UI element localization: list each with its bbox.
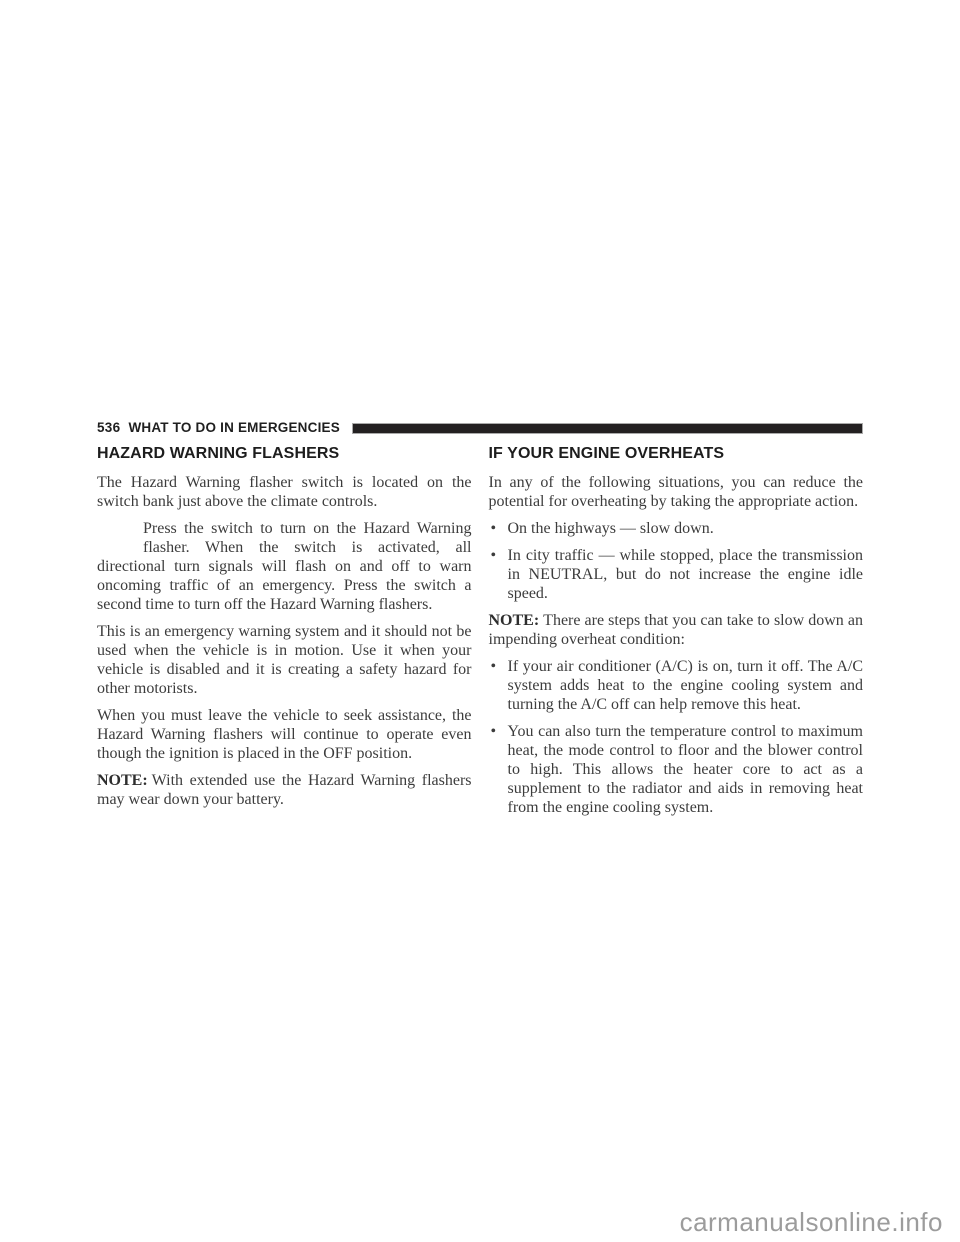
list-item-text: On the highways — slow down. — [508, 520, 714, 537]
watermark: carmanualsonline.info — [680, 1207, 943, 1237]
paragraph-flasher-location: The Hazard Warning flasher switch is loc… — [97, 473, 472, 511]
paragraph-leave-vehicle: When you must leave the vehicle to seek … — [97, 706, 472, 763]
left-column: HAZARD WARNING FLASHERS The Hazard Warni… — [97, 444, 472, 825]
note-text: There are steps that you can take to slo… — [489, 612, 864, 648]
bullet-icon: • — [491, 546, 497, 565]
paragraph-overheat-intro: In any of the following situations, you … — [489, 473, 864, 511]
bullet-icon: • — [491, 519, 497, 538]
list-item-text: You can also turn the temperature contro… — [508, 723, 864, 816]
page-header: 536 WHAT TO DO IN EMERGENCIES — [97, 421, 863, 435]
note-label: NOTE: — [489, 612, 540, 629]
list-item-air-conditioner: •If your air conditioner (A/C) is on, tu… — [489, 657, 864, 714]
note-paragraph: NOTE:There are steps that you can take t… — [489, 611, 864, 649]
left-column-heading: HAZARD WARNING FLASHERS — [97, 444, 472, 463]
page-number: 536 — [97, 421, 120, 435]
list-item-text: If your air conditioner (A/C) is on, tur… — [508, 658, 864, 713]
flasher-switch-image-cutout — [97, 519, 143, 557]
bullet-icon: • — [491, 722, 497, 741]
note-label: NOTE: — [97, 772, 148, 789]
paragraph-emergency-warning: This is an emergency warning system and … — [97, 622, 472, 698]
list-item-city-traffic: •In city traffic — while stopped, place … — [489, 546, 864, 603]
header-divider-bar — [352, 423, 863, 434]
list-item-text: In city traffic — while stopped, place t… — [508, 547, 864, 602]
right-column-heading: IF YOUR ENGINE OVERHEATS — [489, 444, 864, 463]
list-item-highways: •On the highways — slow down. — [489, 519, 864, 538]
bullet-icon: • — [491, 657, 497, 676]
manual-page: 536 WHAT TO DO IN EMERGENCIES HAZARD WAR… — [0, 0, 960, 1242]
paragraph-press-switch: Press the switch to turn on the Hazard W… — [97, 519, 472, 614]
list-item-temperature-control: •You can also turn the temperature contr… — [489, 722, 864, 817]
page-content: 536 WHAT TO DO IN EMERGENCIES HAZARD WAR… — [97, 421, 863, 825]
right-column: IF YOUR ENGINE OVERHEATS In any of the f… — [489, 444, 864, 825]
note-text: With extended use the Hazard Warning fla… — [97, 772, 472, 808]
two-column-layout: HAZARD WARNING FLASHERS The Hazard Warni… — [97, 444, 863, 825]
section-title: WHAT TO DO IN EMERGENCIES — [128, 421, 340, 435]
paragraph-text: Press the switch to turn on the Hazard W… — [97, 520, 472, 613]
note-paragraph: NOTE:With extended use the Hazard Warnin… — [97, 771, 472, 809]
